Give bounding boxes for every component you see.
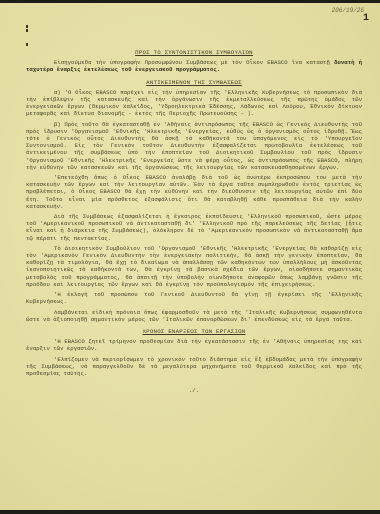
- paragraph: Διὰ τῆς Συμβάσεως ἐξασφαλίζεται ἡ ἔγκαιρ…: [26, 213, 362, 242]
- paragraph: α) 'Ο Οἶκος EBASCO παρέχει εἰς τὴν ὑπηρε…: [26, 89, 362, 118]
- punch-hole-mark: [26, 29, 28, 32]
- paragraph: β) Πρὸς τοῦτο θὰ ἐγκατασταθῇ ἐν 'Αθήναις…: [26, 121, 362, 171]
- scan-border-bottom: [0, 510, 380, 514]
- document-body: ΠΡΟΣ ΤΟ ΣΥΝΤΟΝΙΣΤΙΚΟΝ ΣΥΜΒΟΥΛΙΟΝ Εἰσηγού…: [26, 49, 362, 394]
- document-page: 206/19/26 1 ΠΡΟΣ ΤΟ ΣΥΝΤΟΝΙΣΤΙΚΟΝ ΣΥΜΒΟΥ…: [0, 3, 380, 510]
- paragraph: Τὸ Διοικητικὸν Συμβούλιον τοῦ 'Οργανισμο…: [26, 245, 362, 288]
- paragraph: 'Επετεύχθη ὅπως ὁ Οἶκος EBASCO ἀναλάβῃ δ…: [26, 174, 362, 210]
- punch-hole-mark: [26, 43, 28, 46]
- page-number: 1: [363, 13, 369, 24]
- section-heading: ΑΝΤΙΚΕΙΜΕΝΟΝ ΤΗΣ ΣΥΜΒΑΣΕΩΣ: [26, 79, 362, 86]
- section-heading: ΧΡΟΝΟΣ ΕΝΑΡΞΕΩΣ ΤΩΝ ΕΡΓΑΣΙΩΝ: [26, 328, 362, 335]
- document-title: ΠΡΟΣ ΤΟ ΣΥΝΤΟΝΙΣΤΙΚΟΝ ΣΥΜΒΟΥΛΙΟΝ: [26, 49, 362, 56]
- intro-text: Εἰσηγούμεθα τὴν ὑπογραφὴν Προσυμφώνου Συ…: [54, 59, 334, 66]
- paragraph: 'Η ἐκλογὴ τοῦ προσώπου τοῦ Γενικοῦ Διευθ…: [26, 291, 362, 305]
- paragraph: 'Η EBASCO ζητεῖ τρίμηνον προθεσμίαν διὰ …: [26, 338, 362, 352]
- paragraph: 'Ελπίζομεν νὰ περιορίσωμεν τὸ χρονικὸν τ…: [26, 356, 362, 378]
- end-mark: ./.: [26, 387, 362, 394]
- archive-number: 206/19/26: [332, 7, 364, 14]
- paragraph: Λαμβάνεται εἰδικὴ πρόνοια ὅπως ἐφαρμοσθο…: [26, 309, 362, 323]
- punch-hole-mark: [26, 25, 28, 28]
- intro-paragraph: Εἰσηγούμεθα τὴν ὑπογραφὴν Προσυμφώνου Συ…: [26, 59, 362, 73]
